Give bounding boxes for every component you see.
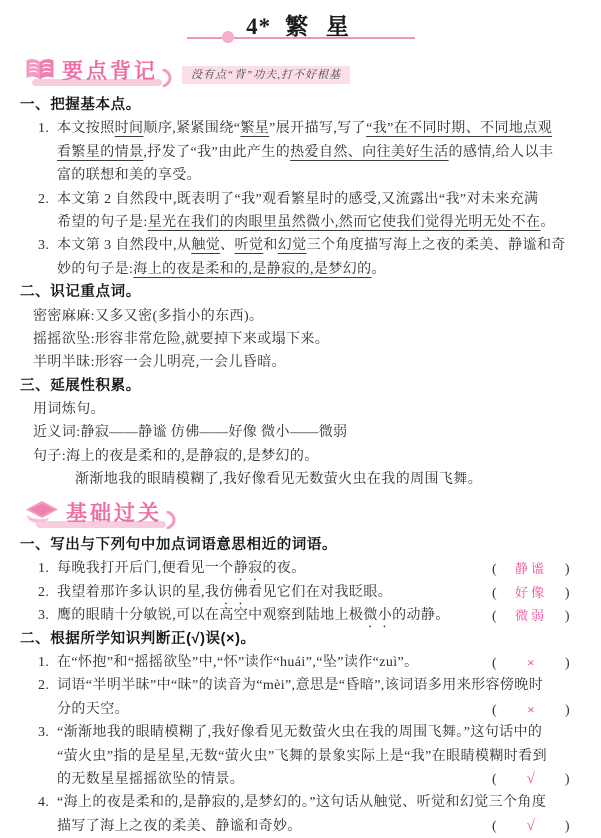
text-segment: 近义词:静寂——静谧 仿佛——好像 微小——微弱	[33, 425, 348, 440]
text-segment: 摇摇欲坠:形容非常危险,就要掉下来或塌下来。	[33, 332, 329, 347]
answer-value: √	[527, 768, 536, 791]
open-paren: (	[492, 768, 497, 791]
answer-slot: (好像)	[492, 581, 570, 605]
text-segment: 渐渐地我的眼睛模糊了,我好像看见无数萤火虫在我的周围飞舞。	[75, 472, 482, 487]
section-heading: 三、延展性积累。	[0, 375, 601, 398]
text-segment: 分的天空。	[57, 702, 129, 717]
lesson-name: 繁 星	[285, 14, 355, 39]
lesson-number: 4*	[246, 14, 271, 39]
text-segment: 本文按照	[57, 121, 115, 136]
text-segment: 句子:海上的夜是柔和的,是静寂的,是梦幻的。	[33, 449, 319, 464]
section-title-wrap: 基础过关	[66, 497, 162, 527]
text-line: 1.每晚我打开后门,便看见一个静寂的夜。(静谧)	[0, 557, 601, 580]
text-line: 妙的句子是:海上的夜是柔和的,是静寂的,是梦幻的。	[0, 258, 601, 281]
text-line: 描写了海上之夜的柔美、静谧和奇妙。(√)	[0, 815, 601, 838]
open-paren: (	[492, 582, 497, 605]
text-line: 1.本文按照时间顺序,紧紧围绕“繁星”展开描写,写了“我”在不同时期、不同地点观	[0, 117, 601, 140]
text-segment: 三个角度描写海上之夜的柔美、静谧和奇	[307, 238, 566, 253]
item-number: 1.	[38, 651, 57, 674]
item-number: 2.	[38, 581, 57, 604]
text-line: 2.本文第 2 自然段中,既表明了“我”观看繁星时的感受,又流露出“我”对未来充…	[0, 188, 601, 211]
text-segment: 。	[540, 215, 554, 230]
underlined-answer: 繁星	[240, 121, 269, 136]
underlined-answer: 星光在我们的肉眼里虽然微小,然而它使我们觉得光明无处不在	[148, 215, 541, 230]
lesson-title: 4*繁 星	[0, 0, 601, 41]
workbook-page: 4*繁 星 要点背记 没有点“背”功夫,打不好根基 一、把握基本点。1.本文按照…	[0, 0, 601, 838]
text-segment: 富的联想和美的享受。	[57, 168, 201, 183]
answer-slot: (√)	[492, 768, 570, 791]
text-segment: 妙的句子是:	[57, 262, 133, 277]
answer-value: 微弱	[515, 604, 547, 627]
text-segment: 的动静。	[392, 608, 450, 623]
text-line: 3.鹰的眼睛十分敏锐,可以在高空中观察到陆地上极微小的动静。(微弱)	[0, 604, 601, 627]
close-paren: )	[565, 605, 570, 628]
text-line: 分的天空。(×)	[0, 698, 601, 721]
text-segment: 每晚我打开后门,便看见一个	[57, 561, 234, 576]
answer-slot: (静谧)	[492, 557, 570, 581]
section-header-basics: 基础过关	[24, 497, 178, 533]
text-line: 用词炼句。	[0, 398, 601, 421]
answer-value: ×	[527, 698, 535, 721]
underlined-answer: 听觉	[235, 238, 264, 253]
text-segment: “渐渐地我的眼睛模糊了,我好像看见无数萤火虫在我的周围飞舞。”这句话中的	[57, 725, 542, 740]
text-segment: “萤火虫”指的是星星,无数“萤火虫”飞舞的景象实际上是“我”在眼睛模糊时看到	[57, 749, 547, 764]
text-line: 摇摇欲坠:形容非常危险,就要掉下来或塌下来。	[0, 328, 601, 351]
text-segment: 顺序,紧紧围绕“	[143, 121, 240, 136]
underlined-answer: 热爱自然、向往美好生活	[290, 145, 448, 160]
text-segment: 。	[372, 262, 386, 277]
dotted-word: 微小	[363, 608, 392, 623]
answer-slot: (×)	[492, 698, 570, 722]
basics-section-body: 一、写出与下列句中加点词语意思相近的词语。1.每晚我打开后门,便看见一个静寂的夜…	[0, 534, 601, 838]
text-segment: ,抒发了“我”由此产生的	[143, 145, 290, 160]
item-number: 2.	[38, 674, 57, 697]
close-paren: )	[565, 558, 570, 581]
dotted-word: 仿佛	[219, 585, 248, 600]
lesson-title-block: 4*繁 星	[0, 0, 601, 50]
close-paren: )	[565, 652, 570, 675]
text-segment: 的夜。	[263, 561, 306, 576]
text-line: 2.我望着那许多认识的星,我仿佛看见它们在对我眨眼。(好像)	[0, 581, 601, 604]
item-number: 2.	[38, 188, 57, 211]
text-segment: 我望着那许多认识的星,我	[57, 585, 219, 600]
text-line: 句子:海上的夜是柔和的,是静寂的,是梦幻的。	[0, 445, 601, 468]
item-number: 4.	[38, 791, 57, 814]
open-paren: (	[492, 652, 497, 675]
text-line: 1.在“怀抱”和“摇摇欲坠”中,“怀”读作“huái”,“坠”读作“zuì”。(…	[0, 651, 601, 674]
text-line: 富的联想和美的享受。	[0, 164, 601, 187]
text-segment: 在“怀抱”和“摇摇欲坠”中,“怀”读作“huái”,“坠”读作“zuì”。	[57, 655, 419, 670]
section-heading: 二、根据所学知识判断正(√)误(×)。	[0, 628, 601, 651]
text-line: “萤火虫”指的是星星,无数“萤火虫”飞舞的景象实际上是“我”在眼睛模糊时看到	[0, 745, 601, 768]
section-title-memorize: 要点背记	[62, 60, 158, 83]
underlined-answer: 海上的夜是柔和的,是静寂的,是梦幻的	[133, 262, 371, 277]
text-segment: 密密麻麻:又多又密(多指小的东西)。	[33, 309, 263, 324]
underlined-answer: 看繁星的情景	[57, 145, 143, 160]
close-paren: )	[565, 582, 570, 605]
section-heading: 二、识记重点词。	[0, 281, 601, 304]
underlined-answer: 触觉	[191, 238, 220, 253]
open-paren: (	[492, 605, 497, 628]
text-line: 近义词:静寂——静谧 仿佛——好像 微小——微弱	[0, 421, 601, 444]
item-number: 3.	[38, 234, 57, 257]
section-slogan: 没有点“背”功夫,打不好根基	[182, 66, 350, 84]
close-paren: )	[565, 768, 570, 791]
text-line: 半明半昧:形容一会儿明亮,一会儿昏暗。	[0, 351, 601, 374]
section-header-memorize: 要点背记 没有点“背”功夫,打不好根基	[24, 55, 350, 91]
text-segment: 鹰的眼睛十分敏锐,可以在高空中观察到陆地上极	[57, 608, 363, 623]
text-segment: 的感情,给人以丰	[449, 145, 554, 160]
text-line: 密密麻麻:又多又密(多指小的东西)。	[0, 305, 601, 328]
text-segment: 描写了海上之夜的柔美、静谧和奇妙。	[57, 819, 302, 834]
answer-slot: (√)	[492, 815, 570, 838]
item-number: 3.	[38, 721, 57, 744]
text-segment: 、	[220, 238, 234, 253]
text-segment: 本文第 2 自然段中,既表明了“我”观看繁星时的感受,又流露出“我”对未来充满	[57, 192, 538, 207]
section-title-basics: 基础过关	[66, 502, 162, 525]
text-segment: 的无数星星摇摇欲坠的情景。	[57, 772, 244, 787]
section-title-wrap: 要点背记	[62, 55, 158, 85]
text-line: 希望的句子是:星光在我们的肉眼里虽然微小,然而它使我们觉得光明无处不在。	[0, 211, 601, 234]
close-paren: )	[565, 699, 570, 722]
memorize-section-body: 一、把握基本点。1.本文按照时间顺序,紧紧围绕“繁星”展开描写,写了“我”在不同…	[0, 94, 601, 492]
section-heading: 一、写出与下列句中加点词语意思相近的词语。	[0, 534, 601, 557]
text-segment: ”展开描写,写了	[269, 121, 366, 136]
text-line: 3.本文第 3 自然段中,从触觉、听觉和幻觉三个角度描写海上之夜的柔美、静谧和奇	[0, 234, 601, 257]
text-line: 渐渐地我的眼睛模糊了,我好像看见无数萤火虫在我的周围飞舞。	[0, 468, 601, 491]
answer-value: 静谧	[515, 557, 547, 580]
text-segment: 和	[263, 238, 277, 253]
item-number: 3.	[38, 604, 57, 627]
item-number: 1.	[38, 117, 57, 140]
answer-slot: (微弱)	[492, 604, 570, 628]
underlined-answer: “我”在不同时期、不同地点观	[366, 121, 552, 136]
text-segment: 希望的句子是:	[57, 215, 148, 230]
underlined-answer: 时间	[115, 121, 144, 136]
close-paren: )	[565, 815, 570, 838]
curve-paren-icon	[162, 69, 174, 87]
dotted-word: 静寂	[234, 561, 263, 576]
answer-value: ×	[527, 651, 535, 674]
text-line: 4.“海上的夜是柔和的,是静寂的,是梦幻的。”这句话从触觉、听觉和幻觉三个角度	[0, 791, 601, 814]
text-segment: 词语“半明半昧”中“昧”的读音为“mèi”,意思是“昏暗”,该词语多用来形容傍晚…	[57, 678, 543, 693]
open-paren: (	[492, 699, 497, 722]
text-segment: 看见它们在对我眨眼。	[248, 585, 392, 600]
section-heading: 一、把握基本点。	[0, 94, 601, 117]
text-segment: 半明半昧:形容一会儿明亮,一会儿昏暗。	[33, 355, 286, 370]
item-number: 1.	[38, 557, 57, 580]
answer-slot: (×)	[492, 651, 570, 675]
open-paren: (	[492, 815, 497, 838]
text-line: 的无数星星摇摇欲坠的情景。(√)	[0, 768, 601, 791]
answer-value: √	[527, 815, 536, 838]
text-segment: “海上的夜是柔和的,是静寂的,是梦幻的。”这句话从触觉、听觉和幻觉三个角度	[57, 795, 546, 810]
text-line: 2.词语“半明半昧”中“昧”的读音为“mèi”,意思是“昏暗”,该词语多用来形容…	[0, 674, 601, 697]
open-paren: (	[492, 558, 497, 581]
text-line: 3.“渐渐地我的眼睛模糊了,我好像看见无数萤火虫在我的周围飞舞。”这句话中的	[0, 721, 601, 744]
answer-value: 好像	[515, 581, 547, 604]
text-segment: 本文第 3 自然段中,从	[57, 238, 191, 253]
underlined-answer: 幻觉	[278, 238, 307, 253]
text-segment: 用词炼句。	[33, 402, 105, 417]
curve-paren-icon	[166, 511, 178, 529]
text-line: 看繁星的情景,抒发了“我”由此产生的热爱自然、向往美好生活的感情,给人以丰	[0, 141, 601, 164]
